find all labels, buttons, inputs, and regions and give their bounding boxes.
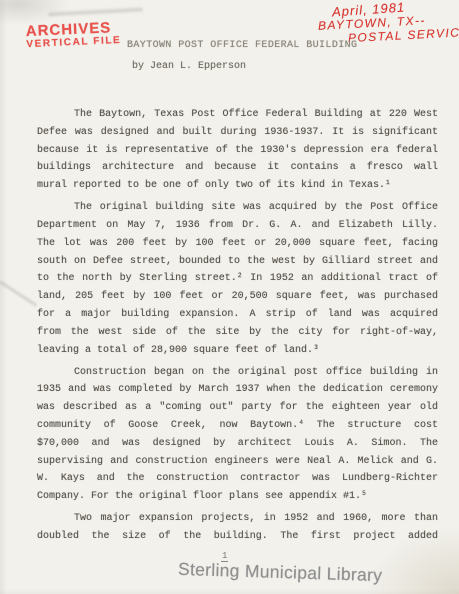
scanned-document-page: ARCHIVES VERTICAL FILE April, 1981 BAYTO… [0, 0, 459, 594]
text-line: leaving a total of 28,900 square feet of… [37, 342, 438, 360]
document-byline: by Jean L. Epperson [132, 61, 246, 72]
document-title: BAYTOWN POST OFFICE FEDERAL BUILDING [127, 40, 357, 51]
library-stamp: Sterling Municipal Library [178, 559, 383, 586]
archives-vertical-file-stamp: ARCHIVES VERTICAL FILE [25, 20, 121, 50]
paragraph-4: Two major expansion projects, in 1952 an… [37, 510, 438, 546]
text-line: Department on May 7, 1936 from Dr. G. A.… [37, 217, 438, 235]
text-line: Defee was designed and built during 1936… [37, 124, 438, 142]
pencil-smudge-left-margin [0, 280, 37, 306]
text-line: Two major expansion projects, in 1952 an… [37, 510, 438, 528]
text-line: supervising and construction engineers w… [37, 453, 438, 471]
text-line: buildings architecture and because it co… [37, 159, 438, 177]
text-line: from the west side of the site by the ci… [37, 324, 438, 342]
text-line: to the north by Sterling street.² In 195… [37, 270, 438, 288]
text-line: for a major building expansion. A strip … [37, 306, 438, 324]
text-line: The lot was 200 feet by 100 feet or 20,0… [37, 235, 438, 253]
paragraph-2: The original building site was acquired … [37, 199, 438, 359]
text-line: mural reported to be one of only two of … [37, 177, 438, 195]
text-line: south on Defee street, bounded to the we… [37, 253, 438, 271]
text-line: was described as a "coming out" party fo… [37, 399, 438, 417]
text-line: Construction began on the original post … [37, 364, 438, 382]
pencil-smudge-top [48, 8, 143, 17]
text-line: community of Goose Creek, now Baytown.⁴ … [37, 417, 438, 435]
archives-stamp-line2: VERTICAL FILE [26, 36, 121, 51]
text-line: because it is representative of the 1930… [37, 142, 438, 160]
paragraph-1: The Baytown, Texas Post Office Federal B… [37, 106, 438, 195]
document-body: The Baytown, Texas Post Office Federal B… [37, 106, 438, 550]
text-line: The original building site was acquired … [37, 199, 438, 217]
text-line: land, 205 feet by 100 feet or 20,500 squ… [37, 288, 438, 306]
text-line: 1935 and was completed by March 1937 whe… [37, 381, 438, 399]
text-line: doubled the size of the building. The fi… [37, 528, 438, 546]
text-line: $70,000 and was designed by architect Lo… [37, 435, 438, 453]
paragraph-3: Construction began on the original post … [37, 364, 438, 506]
text-line: W. Kays and the construction contractor … [37, 470, 438, 488]
text-line: Company. For the original floor plans se… [37, 488, 438, 506]
text-line: The Baytown, Texas Post Office Federal B… [37, 106, 438, 124]
